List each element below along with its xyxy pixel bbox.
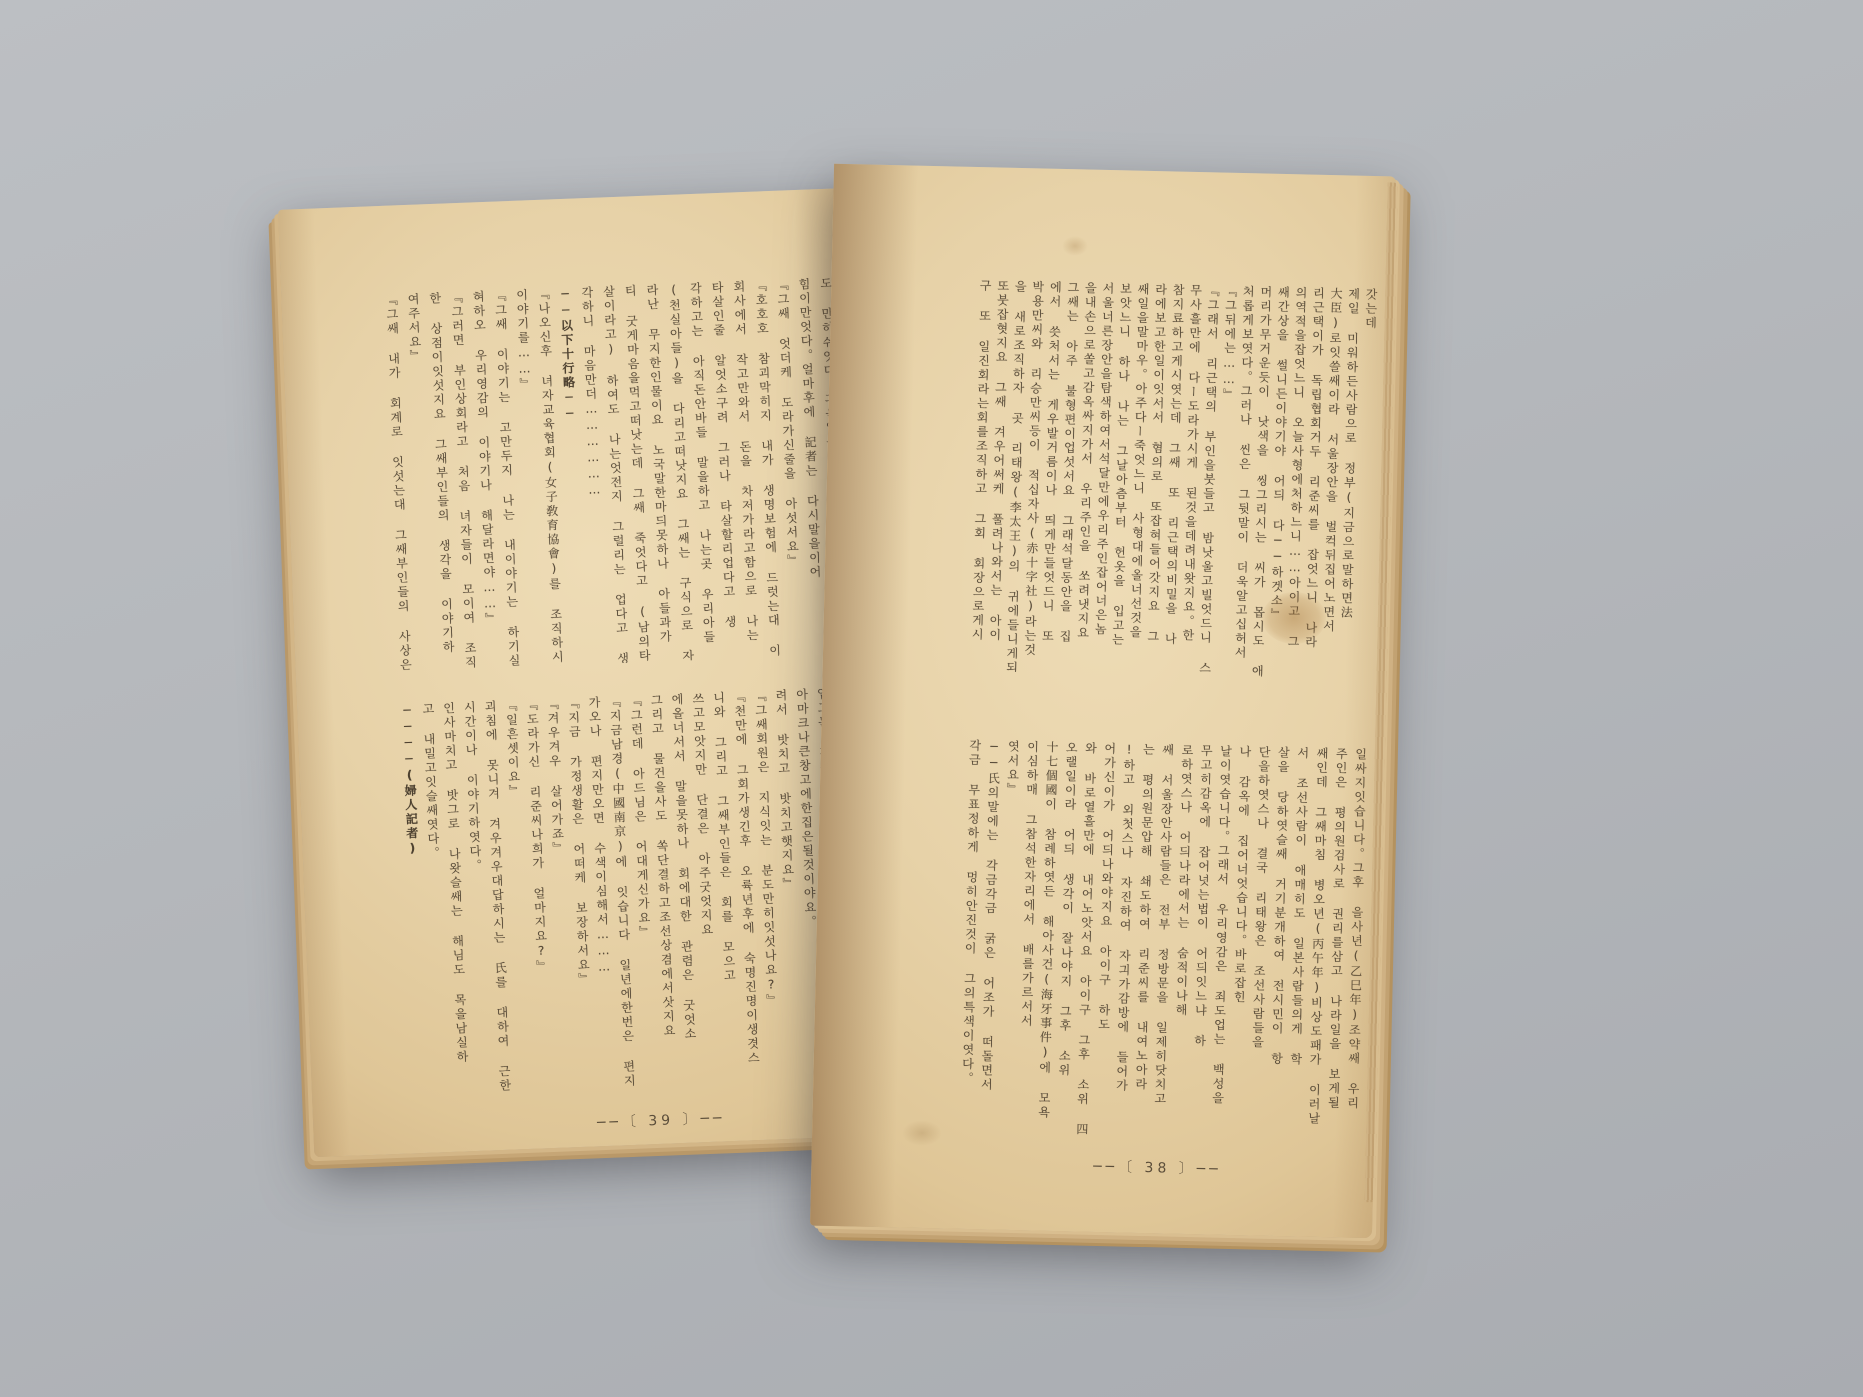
text-column: 각금 무표정하게 멍히안진것이 그의특색이엿다。 <box>959 739 981 1086</box>
open-book: 이요 병이엿다。각금 감엇다가 썻다하는눈이 녯일을생각하고 가슴압허하심이 완… <box>0 0 1863 1397</box>
text-column: 『일흔셋이요』 <box>503 699 521 799</box>
left-page-top-text-block: 이요 병이엿다。각금 감엇다가 썻다하는눈이 녯일을생각하고 가슴압허하심이 완… <box>383 275 889 672</box>
text-column: 『그뒤에는……』 <box>1220 285 1236 403</box>
text-column: 『겨우겨우 살어가죠』 <box>544 697 564 856</box>
text-column: 여주서요』 <box>405 293 422 364</box>
right-page-top-text-block: 갓는데제일 미워하든사람으로 정부(지금으로말하면法大臣)로잇쓸쌔이라 서울장안… <box>969 279 1378 680</box>
text-column: 려서 밧치고 밧치고햇지요』 <box>773 689 795 892</box>
text-column: 시간이나 이야기하엿다。 <box>461 701 481 874</box>
right-page: 갓는데제일 미워하든사람으로 정부(지금으로말하면法大臣)로잇쓸쌔이라 서울장안… <box>810 164 1396 1238</box>
text-column: 엿서요』 <box>1004 740 1019 797</box>
text-column: 이야기를……』 <box>514 288 532 392</box>
text-column: 가오나 편지만오면 수색이심해서……… <box>586 696 611 976</box>
text-column: 날이엿습니다。그래서 우리영감은 죄도업는 백성을 <box>1210 745 1232 1106</box>
text-column: ──氏의말에는 각금각금 굵은 어조가 떠돌면서 <box>978 739 1000 1092</box>
text-column: 쌔 서울장안사람들은 전부 정방문을 일제히닷치고 <box>1152 743 1174 1106</box>
text-column: 단을하엿스나 결국 리태왕은 조선사람들을 <box>1250 745 1271 1049</box>
text-column: 일싸지잇습니다。그후 을사년(乙巳年)조약쌔 우리 <box>1345 748 1367 1111</box>
right-page-bottom-text-block: 일싸지잇습니다。그후 을사년(乙巳年)조약쌔 우리주인은 평의원검사로 권리를삼… <box>958 739 1367 1146</box>
text-column: !하고 외첫스나 자진하여 자긔가감방에 들어가 <box>1113 742 1135 1093</box>
text-column: 十七個國이 참례하엿든 해아사건(海牙事件)에 모욕 <box>1036 741 1058 1120</box>
text-column: 니와 그리고 그쌔부인들은 회를 모으고 <box>711 691 736 983</box>
text-column: 서 조선사람이 애매히도 일본사람들의게 학 <box>1288 746 1309 1067</box>
text-column: 각하니 마음만더……………… <box>579 286 601 499</box>
text-column: 쓰고모앗지만 단결은 아주굿엇지요 <box>690 692 713 938</box>
text-column: 무고히감옥에 잡어넛는법이 어듸잇느냐 하 <box>1192 744 1213 1048</box>
text-column: 어가신이가 어듸나와야지요 아이구 하도 <box>1096 742 1116 1032</box>
text-column: 오랠일이라 어듸 생각이 잘나야지 그후 소위 <box>1056 741 1077 1078</box>
text-column: ──以下十行略── <box>557 287 576 423</box>
right-page-number: ──〔 38 〕── <box>957 1153 1357 1182</box>
photo-backdrop: 이요 병이엿다。각금 감엇다가 썻다하는눈이 녯일을생각하고 가슴압허하심이 완… <box>0 0 1863 1397</box>
text-column: 와 바로열흘만에 내어노앗서요 아이구 그후 소위 四 <box>1074 742 1097 1138</box>
text-column: ────(婦人記者) <box>399 703 419 857</box>
text-column: 고 내밀고잇슬쌔엿다。 <box>420 702 440 861</box>
text-column: 살을 당하엿슬쌔 거기분개하여 전시민이 항 <box>1269 746 1290 1067</box>
text-column: 『도라가신 리준씨나희가 얼마지요?』 <box>524 698 548 974</box>
text-column: 힘이만엇다。얼마후에 記者는 다시말을이어 <box>796 278 821 581</box>
text-column: 『그런데 아드님은 어대게신가요』 <box>627 694 650 940</box>
text-column: 주인은 평의원검사로 권리를삼고 나라일을 보게될 <box>1325 747 1347 1110</box>
text-column: 아마크나큰창고에한집은될것이야요。 <box>794 688 817 930</box>
text-column: 이심하매 그참석한자리에서 배를가르서서 <box>1018 740 1038 1028</box>
text-column: 로하엿스나 어듸나라에서는 숨적이나해 <box>1173 744 1193 1018</box>
text-column: 나 감옥에 집어너엇습니다。바로잡힌 <box>1231 745 1251 1005</box>
text-column: 는 평의원문압해 쇄도하여 리준씨를 내여노아라 <box>1133 743 1155 1092</box>
text-column: 『그쌔 엇더케 도라가신줄을 아섯서요』 <box>774 278 799 568</box>
text-column: 『지금 가정생활은 어떠케 보장하서요』 <box>565 697 590 987</box>
text-column: 갓는데 <box>1363 288 1378 331</box>
text-column: 쌔인데 그쌔마침 병오년(丙午年)비상도패가 이러날 <box>1306 747 1328 1126</box>
